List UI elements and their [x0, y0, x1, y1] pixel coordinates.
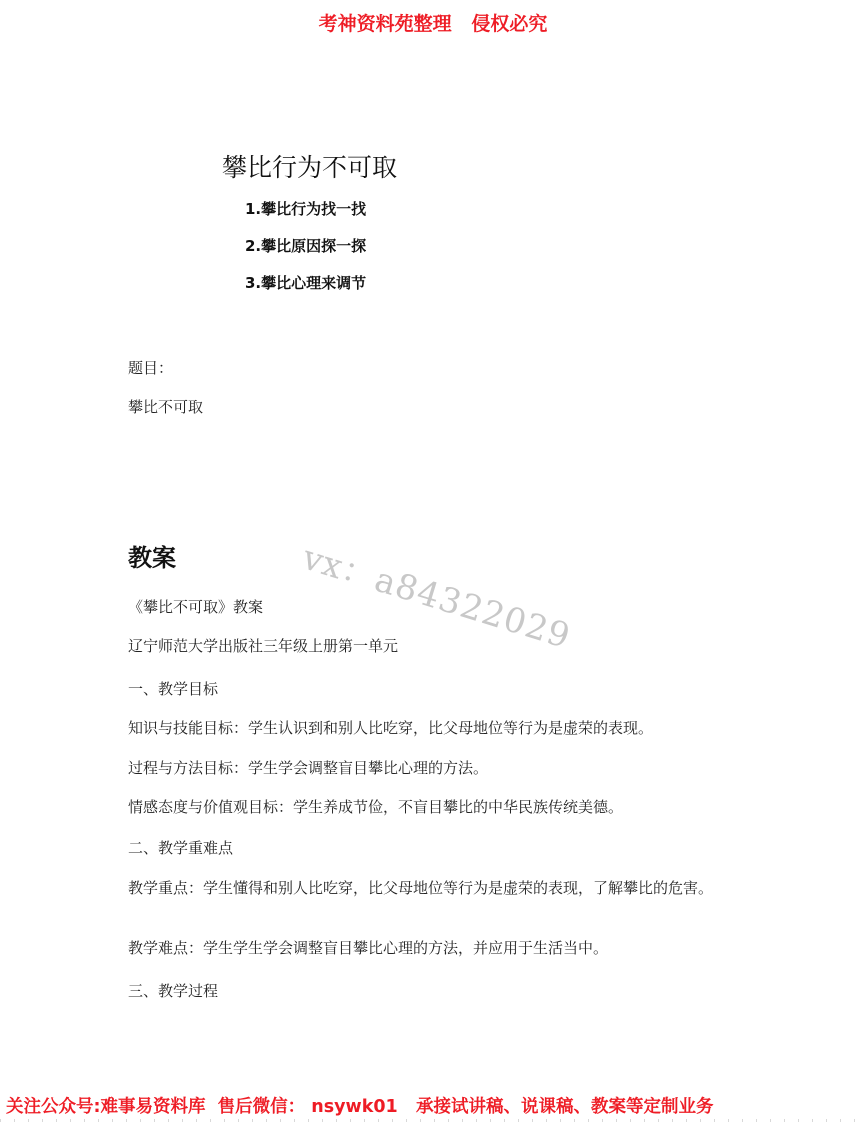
slide-item-1: 1.攀比行为找一找 — [245, 198, 366, 219]
difficult-point: 教学难点：学生学生学会调整盲目攀比心理的方法，并应用于生活当中。 — [128, 936, 608, 960]
topic-value: 攀比不可取 — [128, 395, 203, 419]
footer-banner: 关注公众号:难事易资料库 售后微信： nsywk01 承接试讲稿、说课稿、教案等… — [6, 1093, 866, 1118]
lesson-plan-heading: 教案 — [128, 538, 176, 573]
section-heading-objectives: 一、教学目标 — [128, 677, 218, 701]
objective-emotion: 情感态度与价值观目标：学生养成节俭，不盲目攀比的中华民族传统美德。 — [128, 795, 623, 819]
objective-knowledge: 知识与技能目标：学生认识到和别人比吃穿，比父母地位等行为是虚荣的表现。 — [128, 716, 653, 740]
key-point: 教学重点：学生懂得和别人比吃穿，比父母地位等行为是虚荣的表现，了解攀比的危害。 — [128, 876, 743, 900]
objective-process: 过程与方法目标：学生学会调整盲目攀比心理的方法。 — [128, 756, 488, 780]
lesson-plan-title: 《攀比不可取》教案 — [128, 595, 263, 619]
lesson-plan-source: 辽宁师范大学出版社三年级上册第一单元 — [128, 634, 398, 658]
header-banner: 考神资料苑整理 侵权必究 — [0, 9, 866, 36]
slide-item-2: 2.攀比原因探一探 — [245, 235, 366, 256]
slide-item-3: 3.攀比心理来调节 — [245, 272, 366, 293]
slide-title: 攀比行为不可取 — [222, 148, 397, 184]
section-heading-key-points: 二、教学重难点 — [128, 836, 233, 860]
topic-label: 题目： — [128, 356, 173, 380]
section-heading-process: 三、教学过程 — [128, 979, 218, 1003]
